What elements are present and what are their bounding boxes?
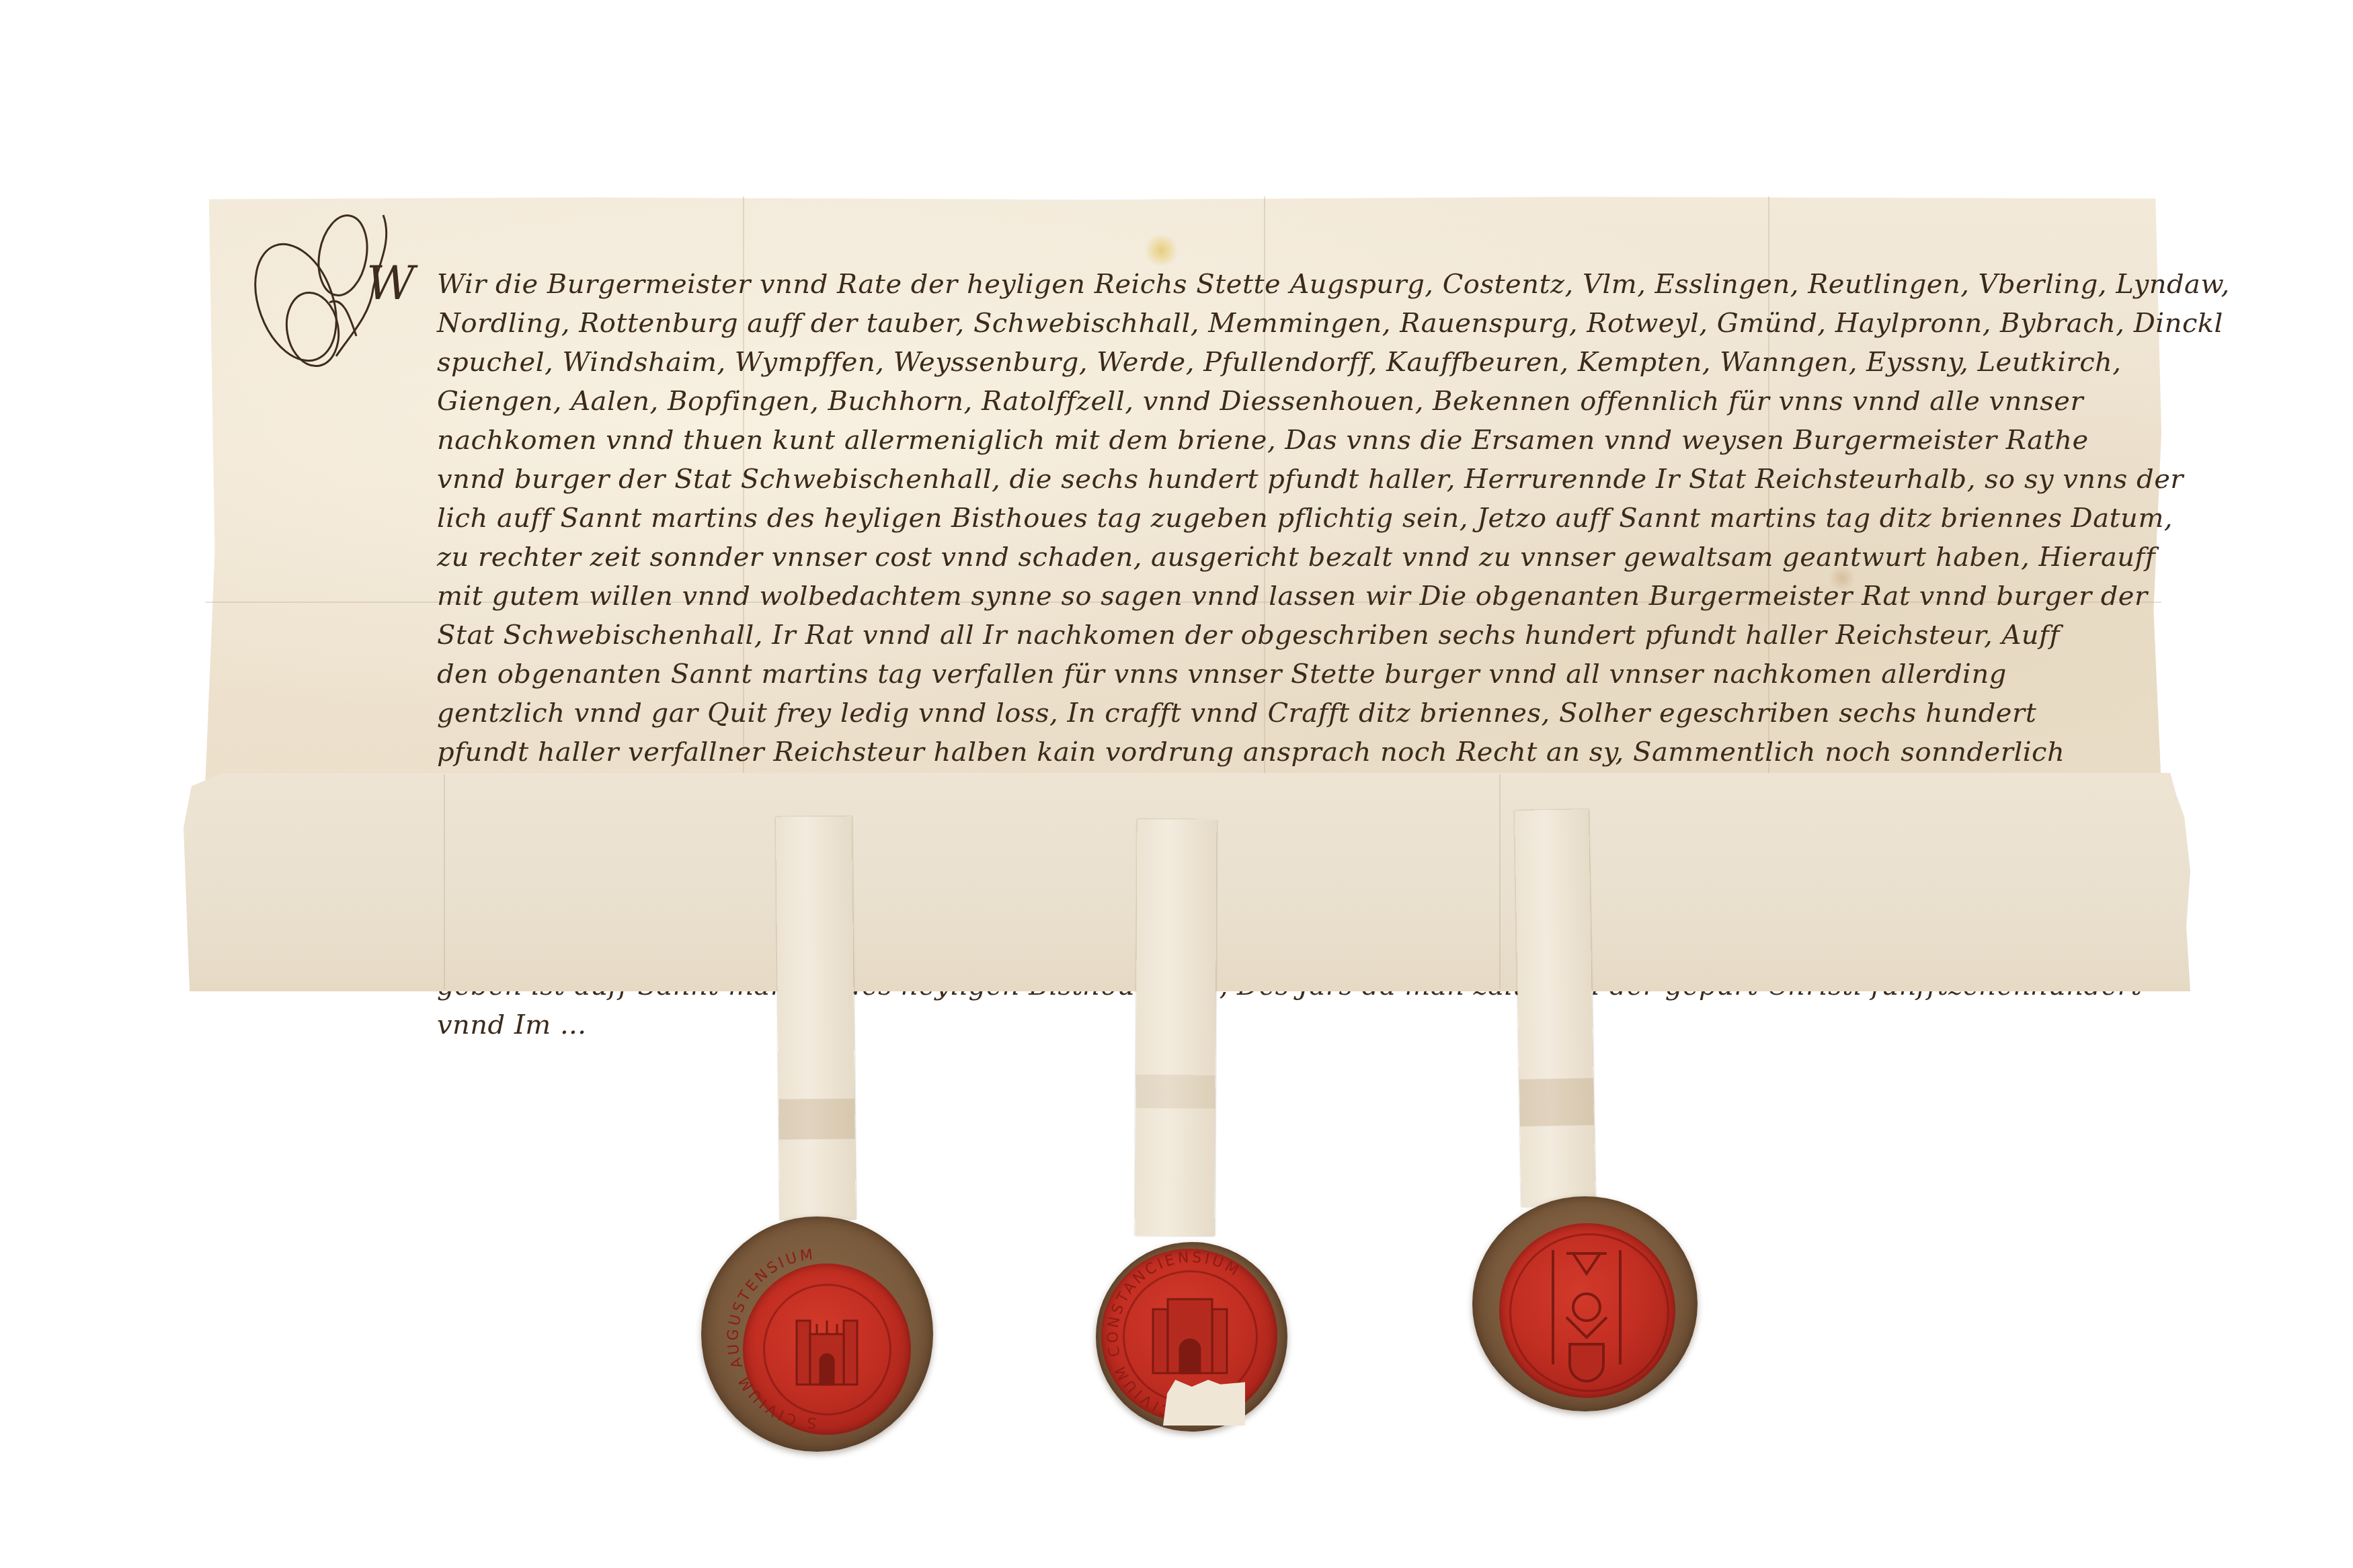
text-line: gentzlich vnnd gar Quit frey ledig vnnd … <box>437 698 2036 729</box>
text-line: vnnd Im ... <box>437 1009 587 1040</box>
seal-tag-3 <box>1515 809 1595 1207</box>
fold-crease <box>444 774 445 989</box>
torn-tag-fragment <box>1163 1380 1245 1426</box>
text-line: Stat Schwebischenhall, Ir Rat vnnd all I… <box>437 620 2060 651</box>
eagle-shield-icon <box>1536 1243 1637 1385</box>
text-line: Wir die Burgermeister vnnd Rate der heyl… <box>437 269 2230 300</box>
text-line: zu rechter zeit sonnder vnnser cost vnnd… <box>437 542 2155 573</box>
text-line: spuchel, Windshaim, Wympffen, Weyssenbur… <box>437 347 2122 378</box>
seal-tag-1 <box>776 816 856 1220</box>
svg-text:S CIVIUM AUGUSTENSIUM: S CIVIUM AUGUSTENSIUM <box>725 1247 817 1432</box>
fold-crease <box>1499 774 1501 989</box>
text-line: den obgenanten Sannt martins tag verfall… <box>437 659 2007 690</box>
text-line: vnnd burger der Stat Schwebischenhall, d… <box>437 464 2184 495</box>
wax-seal-2: S CIVIUM CONSTANCIENSIUM <box>1096 1242 1287 1432</box>
document-photo: W Wir die Burgermeister vnnd Rate der he… <box>0 0 2353 1568</box>
initial-letter: W <box>366 255 415 311</box>
seal-tag-2 <box>1135 819 1216 1237</box>
text-line: Giengen, Aalen, Bopfingen, Buchhorn, Rat… <box>437 386 2083 417</box>
text-line: pfundt haller verfallner Reichsteur halb… <box>437 737 2065 768</box>
text-line: Nordling, Rottenburg auff der tauber, Sc… <box>437 308 2223 339</box>
text-line: nachkomen vnnd thuen kunt allermeniglich… <box>437 425 2089 456</box>
text-line: lich auff Sannt martins des heyligen Bis… <box>437 503 2173 534</box>
seal-legend: S CIVIUM AUGUSTENSIUM <box>701 1216 933 1452</box>
text-line: mit gutem willen vnnd wolbedachtem synne… <box>437 581 2148 612</box>
wax-seal-1: S CIVIUM AUGUSTENSIUM <box>701 1216 933 1452</box>
ink-stain <box>1143 235 1180 265</box>
wax-seal-3 <box>1472 1196 1698 1411</box>
